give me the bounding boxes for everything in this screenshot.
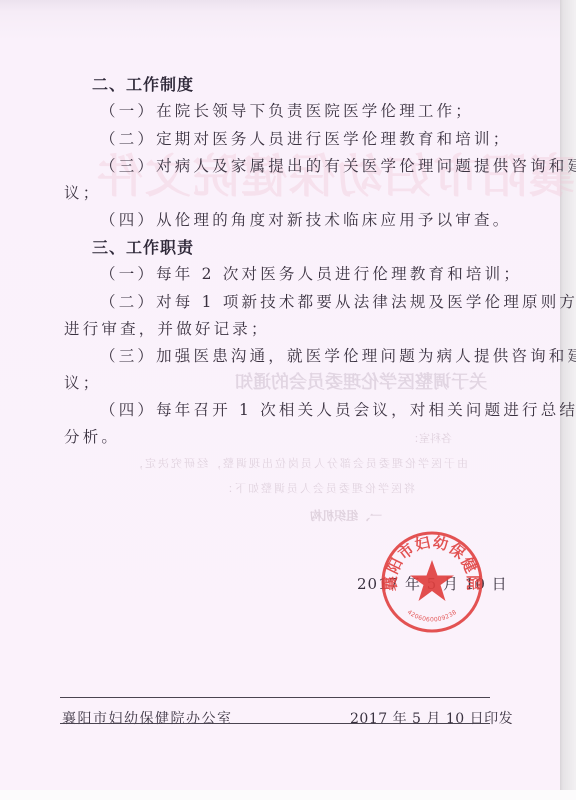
footer-rule-top — [60, 697, 490, 698]
bleed-through-line: 各科室： — [408, 430, 452, 446]
paragraph-line: （一）在院长领导下负责医院医学伦理工作； — [100, 99, 474, 121]
page-bottom-margin — [0, 790, 576, 800]
bleed-through-line: 由于医学伦理委员会部分人员岗位出现调整，经研究决定， — [130, 455, 468, 471]
paragraph-line: 进行审查，并做好记录； — [64, 317, 270, 339]
section-heading: 三、工作职责 — [92, 235, 194, 258]
bleed-through-line: 将医学伦理委员会人员调整如下： — [220, 480, 415, 496]
seal-code: 4206060009238 — [406, 609, 458, 624]
paragraph-line: （三）对病人及家属提出的有关医学伦理问题提供咨询和建 — [100, 154, 576, 176]
footer-rule-bottom — [60, 723, 490, 724]
paragraph-line: （三）加强医患沟通，就医学伦理问题为病人提供咨询和建 — [100, 344, 576, 366]
paragraph-line: （二）定期对医务人员进行医学伦理教育和培训； — [100, 127, 511, 149]
paragraph-line: （四）每年召开 1 次相关人员会议，对相关问题进行总结和 — [100, 398, 576, 420]
section-heading: 二、工作制度 — [92, 72, 194, 95]
paragraph-line: （二）对每 1 项新技术都要从法律法规及医学伦理原则方面 — [100, 290, 576, 312]
footer-issuer: 襄阳市妇幼保健院办公室 — [62, 708, 233, 728]
bleed-through-line: 一、组织机构 — [310, 507, 382, 524]
paragraph-line: 分析。 — [64, 425, 120, 447]
paragraph-line: （四）从伦理的角度对新技术临床应用予以审查。 — [100, 208, 511, 230]
bleed-through-title: 关于调整医学伦理委员会的通知 — [235, 368, 487, 394]
paragraph-line: 议； — [64, 371, 101, 393]
svg-text:4206060009238: 4206060009238 — [406, 609, 458, 624]
paragraph-line: 议； — [64, 181, 101, 203]
footer-issue-date: 2017 年 5 月 10 日印发 — [350, 708, 513, 728]
paragraph-line: （一）每年 2 次对医务人员进行伦理教育和培训； — [100, 262, 522, 284]
official-seal-icon: 襄阳市妇幼保健院 4206060009238 — [380, 530, 484, 634]
